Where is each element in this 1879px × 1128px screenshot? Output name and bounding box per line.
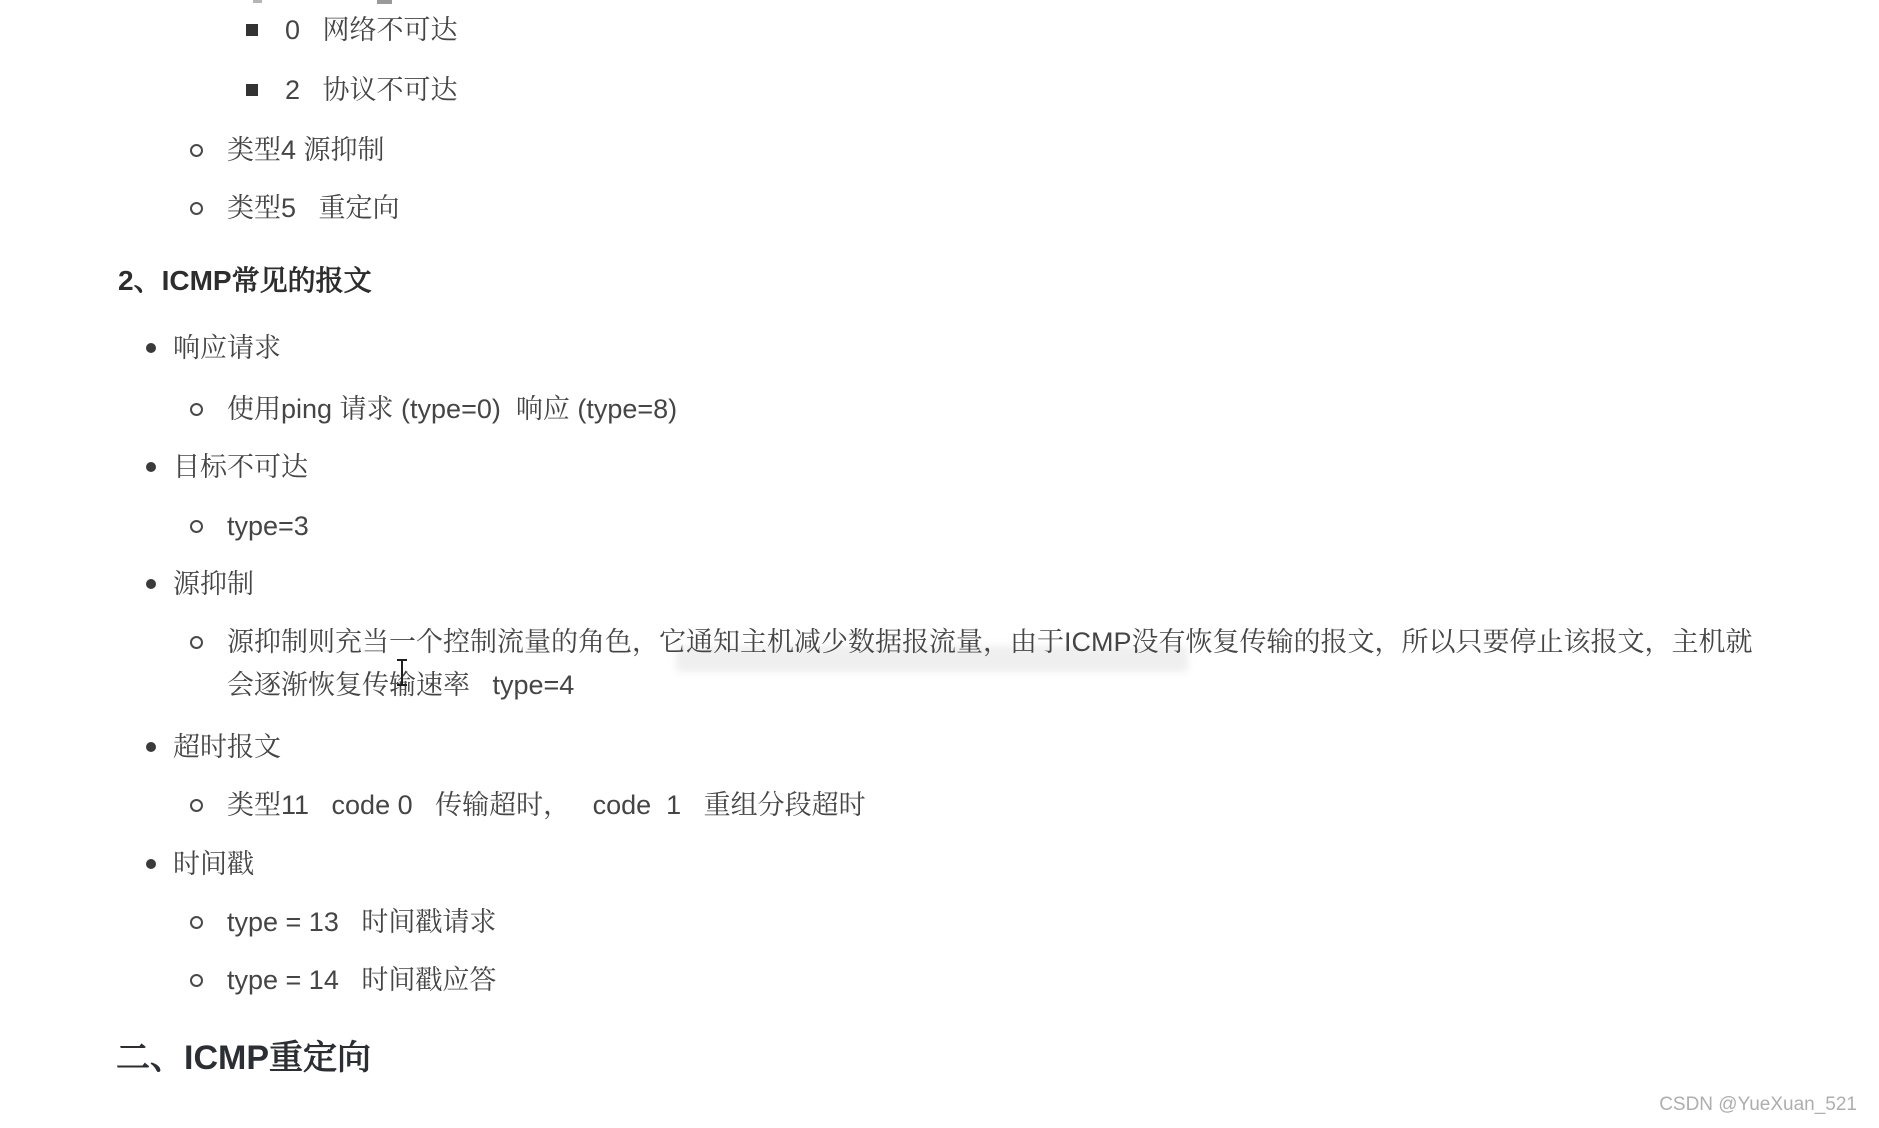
dot-bullet-icon (146, 343, 156, 353)
circle-bullet-icon (190, 520, 203, 533)
square-bullet-icon (246, 24, 258, 36)
list-item: 目标不可达 (146, 449, 308, 485)
list-item-text: 0 网络不可达 (285, 12, 458, 48)
list-item: 0 网络不可达 (246, 12, 458, 48)
list-item: 类型5 重定向 (190, 190, 400, 226)
circle-bullet-icon (190, 636, 203, 649)
list-item-text: type = 14 时间戳应答 (227, 962, 496, 998)
dot-bullet-icon (146, 859, 156, 869)
list-item-text: 时间戳 (173, 846, 254, 882)
circle-bullet-icon (190, 202, 203, 215)
list-item: 超时报文 (146, 729, 281, 765)
list-item-text: 源抑制则充当一个控制流量的角色，它通知主机减少数据报流量，由于ICMP没有恢复传… (227, 621, 1753, 707)
dot-bullet-icon (146, 579, 156, 589)
square-bullet-icon (246, 84, 258, 96)
list-item: 响应请求 (146, 330, 281, 366)
list-item: type = 13 时间戳请求 (190, 904, 496, 940)
list-item: 源抑制 (146, 566, 254, 602)
list-item: 时间戳 (146, 846, 254, 882)
list-item-text: 响应请求 (173, 330, 281, 366)
list-item-text: 类型4 源抑制 (227, 132, 385, 168)
text-cursor-icon (395, 659, 409, 686)
list-item: 类型4 源抑制 (190, 132, 385, 168)
list-item-text: 目标不可达 (173, 449, 308, 485)
list-item-text: 类型5 重定向 (227, 190, 400, 226)
document-page: 0 网络不可达 2 协议不可达 类型4 源抑制 类型5 重定向 2、ICMP常见… (0, 0, 1879, 1128)
list-item: type = 14 时间戳应答 (190, 962, 496, 998)
list-item-text: 类型11 code 0 传输超时， code 1 重组分段超时 (227, 787, 866, 823)
clipped-text-fragment (377, 0, 392, 4)
list-item-text: type = 13 时间戳请求 (227, 904, 496, 940)
section-heading-icmp-redirect: 二、ICMP重定向 (116, 1033, 371, 1083)
list-item-text: 源抑制 (173, 566, 254, 602)
watermark: CSDN @YueXuan_521 (1659, 1094, 1857, 1116)
list-item: 源抑制则充当一个控制流量的角色，它通知主机减少数据报流量，由于ICMP没有恢复传… (190, 621, 1753, 707)
clipped-text-fragment (253, 0, 262, 3)
list-item: type=3 (190, 508, 309, 544)
list-item-text: type=3 (227, 508, 309, 544)
section-heading-icmp-messages: 2、ICMP常见的报文 (118, 261, 372, 301)
list-item: 类型11 code 0 传输超时， code 1 重组分段超时 (190, 787, 866, 823)
dot-bullet-icon (146, 742, 156, 752)
list-item: 使用ping 请求 (type=0) 响应 (type=8) (190, 391, 677, 427)
circle-bullet-icon (190, 403, 203, 416)
dot-bullet-icon (146, 462, 156, 472)
list-item-text: 超时报文 (173, 729, 281, 765)
list-item-text: 2 协议不可达 (285, 72, 458, 108)
circle-bullet-icon (190, 916, 203, 929)
circle-bullet-icon (190, 799, 203, 812)
circle-bullet-icon (190, 144, 203, 157)
list-item-text: 使用ping 请求 (type=0) 响应 (type=8) (227, 391, 677, 427)
list-item: 2 协议不可达 (246, 72, 458, 108)
circle-bullet-icon (190, 974, 203, 987)
